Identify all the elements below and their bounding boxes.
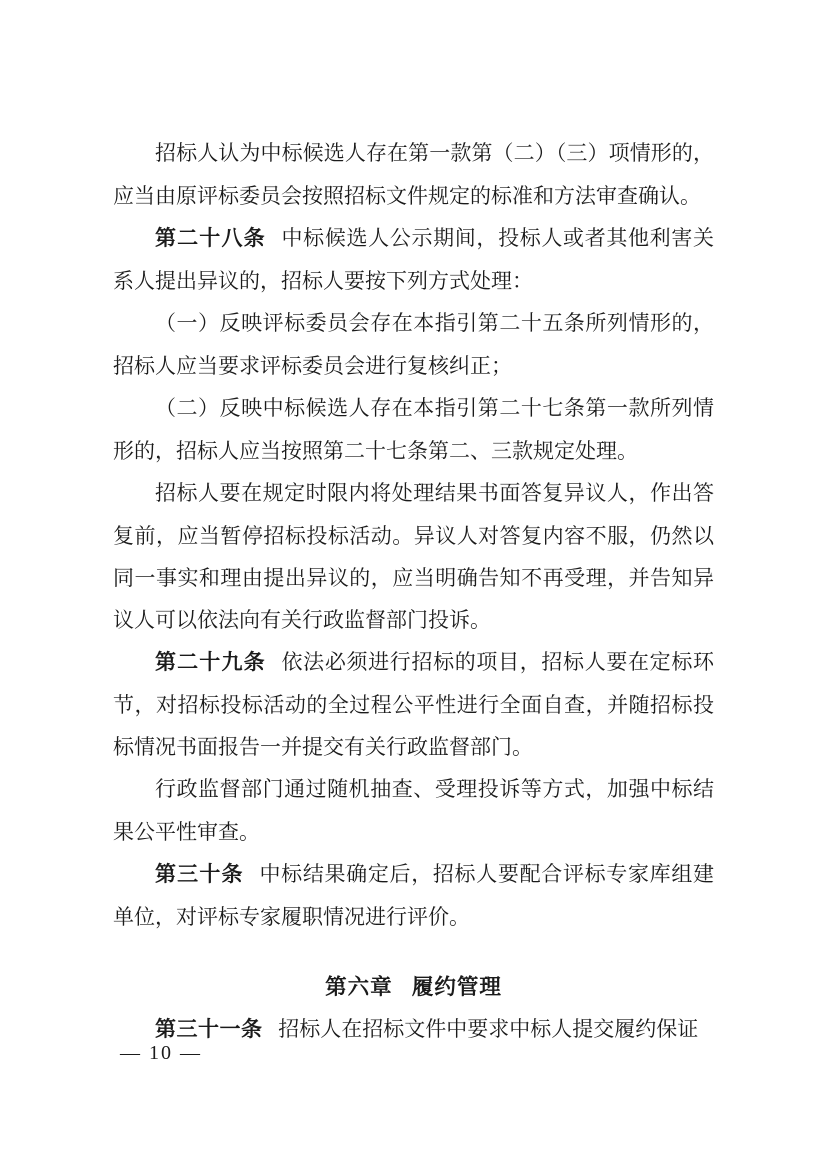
paragraph-text: 招标人认为中标候选人存在第一款第（二）（三）项情形的，应当由原评标委员会按照招标… <box>113 141 714 208</box>
article-number: 第二十九条 <box>155 651 266 674</box>
paragraph-text: 行政监督部门通过随机抽查、受理投诉等方式，加强中标结果公平性审查。 <box>113 777 714 844</box>
paragraph-text: 招标人要在规定时限内将处理结果书面答复异议人，作出答复前，应当暂停招标投标活动。… <box>113 481 714 632</box>
chapter-heading: 第六章履约管理 <box>113 966 714 1008</box>
paragraph: （一）反映评标委员会存在本指引第二十五条所列情形的，招标人应当要求评标委员会进行… <box>113 302 714 387</box>
paragraph: 第二十九条依法必须进行招标的项目，招标人要在定标环节，对招标投标活动的全过程公平… <box>113 641 714 768</box>
paragraph-text: （一）反映评标委员会存在本指引第二十五条所列情形的，招标人应当要求评标委员会进行… <box>113 311 714 378</box>
paragraph: 第三十一条招标人在招标文件中要求中标人提交履约保证 <box>113 1008 714 1051</box>
document-page: 招标人认为中标候选人存在第一款第（二）（三）项情形的，应当由原评标委员会按照招标… <box>0 0 826 1169</box>
paragraph-text: （二）反映中标候选人存在本指引第二十七条第一款所列情形的，招标人应当按照第二十七… <box>113 396 714 463</box>
paragraph: （二）反映中标候选人存在本指引第二十七条第一款所列情形的，招标人应当按照第二十七… <box>113 387 714 472</box>
chapter-number: 第六章 <box>325 975 393 999</box>
paragraph: 第二十八条中标候选人公示期间，投标人或者其他利害关系人提出异议的，招标人要按下列… <box>113 217 714 302</box>
article-number: 第三十条 <box>155 863 244 886</box>
paragraph-text: 招标人在招标文件中要求中标人提交履约保证 <box>278 1017 698 1041</box>
article-number: 第三十一条 <box>155 1018 263 1041</box>
paragraph: 招标人认为中标候选人存在第一款第（二）（三）项情形的，应当由原评标委员会按照招标… <box>113 132 714 217</box>
chapter-title: 履约管理 <box>412 975 502 999</box>
paragraph: 第三十条中标结果确定后，招标人要配合评标专家库组建单位，对评标专家履职情况进行评… <box>113 853 714 938</box>
paragraph: 招标人要在规定时限内将处理结果书面答复异议人，作出答复前，应当暂停招标投标活动。… <box>113 472 714 641</box>
page-number: — 10 — <box>120 1041 202 1065</box>
document-body: 招标人认为中标候选人存在第一款第（二）（三）项情形的，应当由原评标委员会按照招标… <box>113 132 714 1051</box>
article-number: 第二十八条 <box>155 227 266 250</box>
paragraph: 行政监督部门通过随机抽查、受理投诉等方式，加强中标结果公平性审查。 <box>113 768 714 853</box>
